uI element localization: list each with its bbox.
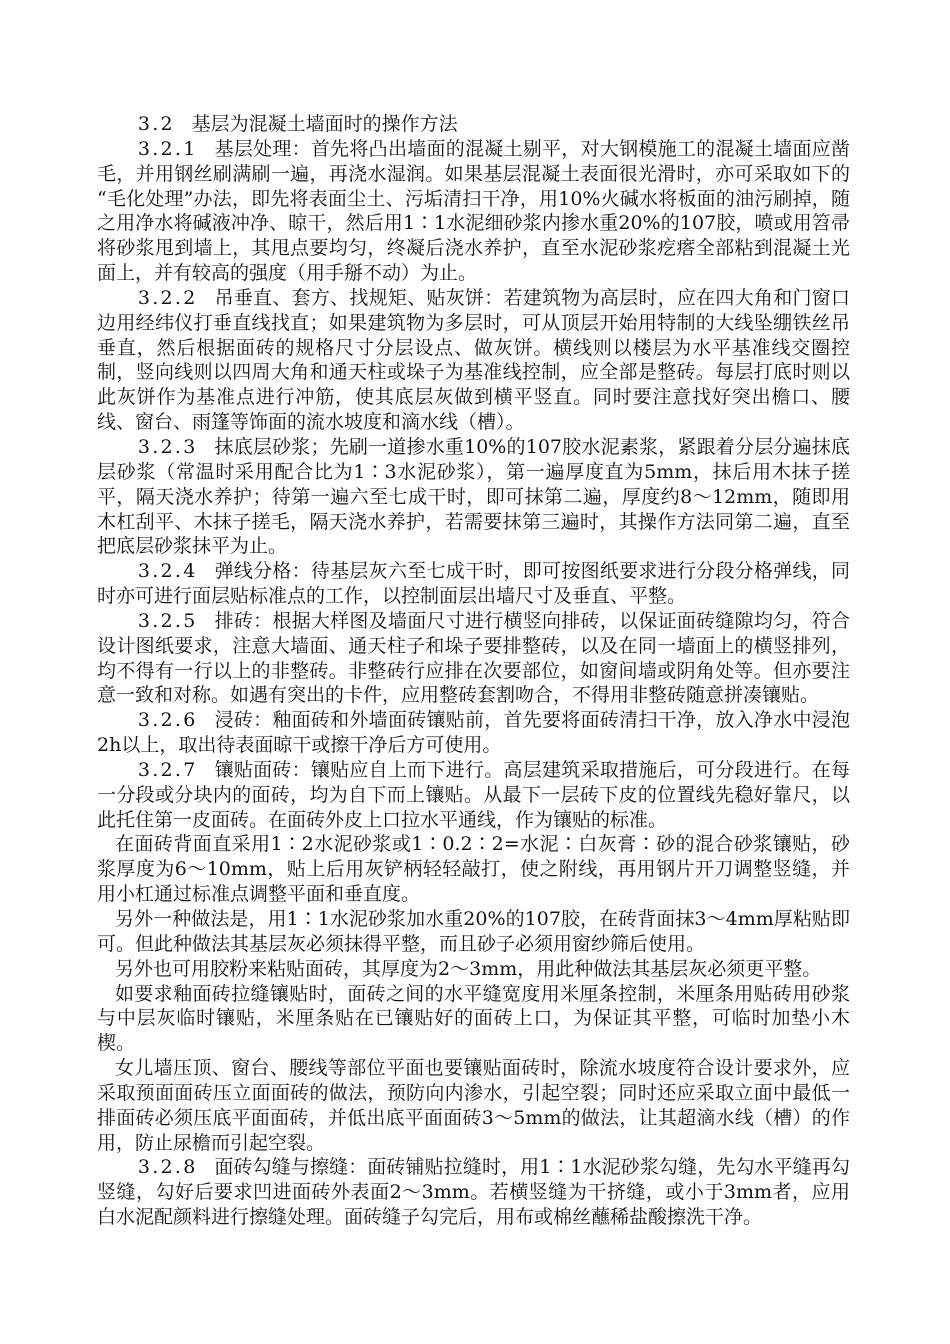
document-body: 3.2基层为混凝土墙面时的操作方法 3.2.1基层处理：首先将凸出墙面的混凝土剔… bbox=[97, 112, 850, 1230]
clause-number: 3.2.5 bbox=[138, 610, 198, 632]
clause-3-2-6: 3.2.6浸砖：釉面砖和外墙面砖镶贴前，首先要将面砖清扫干净，放入净水中浸泡2h… bbox=[97, 708, 850, 758]
clause-3-2-1: 3.2.1基层处理：首先将凸出墙面的混凝土剔平，对大钢模施工的混凝土墙面应凿毛，… bbox=[97, 137, 850, 286]
document-page: 3.2基层为混凝土墙面时的操作方法 3.2.1基层处理：首先将凸出墙面的混凝土剔… bbox=[0, 0, 950, 1344]
sub-paragraph-spacer-strips: 如要求釉面砖拉缝镶贴时，面砖之间的水平缝宽度用米厘条控制，米厘条用贴砖用砂浆与中… bbox=[97, 982, 850, 1057]
clause-number: 3.2.6 bbox=[138, 709, 198, 731]
clause-3-2-3: 3.2.3抹底层砂浆；先刷一道掺水重10%的107胶水泥素浆，紧跟着分层分遍抹底… bbox=[97, 435, 850, 559]
clause-text: 吊垂直、套方、找规矩、贴灰饼：若建筑物为高层时，应在四大角和门窗口边用经纬仪打垂… bbox=[97, 287, 850, 433]
clause-number: 3.2.8 bbox=[138, 1156, 198, 1178]
clause-3-2-2: 3.2.2吊垂直、套方、找规矩、贴灰饼：若建筑物为高层时，应在四大角和门窗口边用… bbox=[97, 286, 850, 435]
paragraph-text: 如要求釉面砖拉缝镶贴时，面砖之间的水平缝宽度用米厘条控制，米厘条用贴砖用砂浆与中… bbox=[97, 983, 850, 1055]
clause-text: 面砖勾缝与擦缝：面砖铺贴拉缝时，用1∶1水泥砂浆勾缝，先勾水平缝再勾竖缝，勾好后… bbox=[97, 1156, 850, 1228]
clause-text: 浸砖：釉面砖和外墙面砖镶贴前，首先要将面砖清扫干净，放入净水中浸泡2h以上，取出… bbox=[97, 709, 850, 756]
clause-3-2-7: 3.2.7镶贴面砖：镶贴应自上而下进行。高层建筑采取措施后，可分段进行。在每一分… bbox=[97, 758, 850, 833]
clause-number: 3.2.4 bbox=[138, 560, 198, 582]
paragraph-text: 另外一种做法是，用1∶1水泥砂浆加水重20%的107胶，在砖背面抹3～4mm厚粘… bbox=[97, 908, 850, 955]
clause-text: 排砖：根据大样图及墙面尺寸进行横竖向排砖，以保证面砖缝隙均匀，符合设计图纸要求，… bbox=[97, 610, 850, 707]
clause-number: 3.2.3 bbox=[138, 436, 198, 458]
sub-paragraph-mortar-mix: 在面砖背面直采用1∶2水泥砂浆或1∶0.2∶2=水泥∶白灰膏∶砂的混合砂浆镶贴，… bbox=[97, 832, 850, 907]
clause-3-2-5: 3.2.5排砖：根据大样图及墙面尺寸进行横竖向排砖，以保证面砖缝隙均匀，符合设计… bbox=[97, 609, 850, 708]
section-number: 3.2 bbox=[138, 113, 175, 135]
clause-text: 基层处理：首先将凸出墙面的混凝土剔平，对大钢模施工的混凝土墙面应凿毛，并用钢丝刷… bbox=[97, 138, 850, 284]
sub-paragraph-alternative-method: 另外一种做法是，用1∶1水泥砂浆加水重20%的107胶，在砖背面抹3～4mm厚粘… bbox=[97, 907, 850, 957]
paragraph-text: 在面砖背面直采用1∶2水泥砂浆或1∶0.2∶2=水泥∶白灰膏∶砂的混合砂浆镶贴，… bbox=[97, 833, 850, 905]
clause-number: 3.2.2 bbox=[138, 287, 198, 309]
section-title: 基层为混凝土墙面时的操作方法 bbox=[192, 113, 458, 135]
clause-3-2-4: 3.2.4弹线分格：待基层灰六至七成干时，即可按图纸要求进行分段分格弹线，同时亦… bbox=[97, 559, 850, 609]
sub-paragraph-parapet-coping: 女儿墙压顶、窗台、腰线等部位平面也要镶贴面砖时，除流水坡度符合设计要求外，应采取… bbox=[97, 1056, 850, 1155]
paragraph-text: 女儿墙压顶、窗台、腰线等部位平面也要镶贴面砖时，除流水坡度符合设计要求外，应采取… bbox=[97, 1057, 850, 1154]
clause-text: 抹底层砂浆；先刷一道掺水重10%的107胶水泥素浆，紧跟着分层分遍抹底层砂浆（常… bbox=[97, 436, 850, 557]
section-heading: 3.2基层为混凝土墙面时的操作方法 bbox=[97, 112, 850, 137]
paragraph-text: 另外也可用胶粉来粘贴面砖，其厚度为2～3mm，用此种做法其基层灰必须更平整。 bbox=[115, 958, 821, 980]
clause-number: 3.2.7 bbox=[138, 759, 198, 781]
sub-paragraph-glue-powder: 另外也可用胶粉来粘贴面砖，其厚度为2～3mm，用此种做法其基层灰必须更平整。 bbox=[97, 957, 850, 982]
clause-number: 3.2.1 bbox=[138, 138, 198, 160]
clause-text: 弹线分格：待基层灰六至七成干时，即可按图纸要求进行分段分格弹线，同时亦可进行面层… bbox=[97, 560, 850, 607]
clause-text: 镶贴面砖：镶贴应自上而下进行。高层建筑采取措施后，可分段进行。在每一分段或分块内… bbox=[97, 759, 850, 831]
clause-3-2-8: 3.2.8面砖勾缝与擦缝：面砖铺贴拉缝时，用1∶1水泥砂浆勾缝，先勾水平缝再勾竖… bbox=[97, 1155, 850, 1230]
